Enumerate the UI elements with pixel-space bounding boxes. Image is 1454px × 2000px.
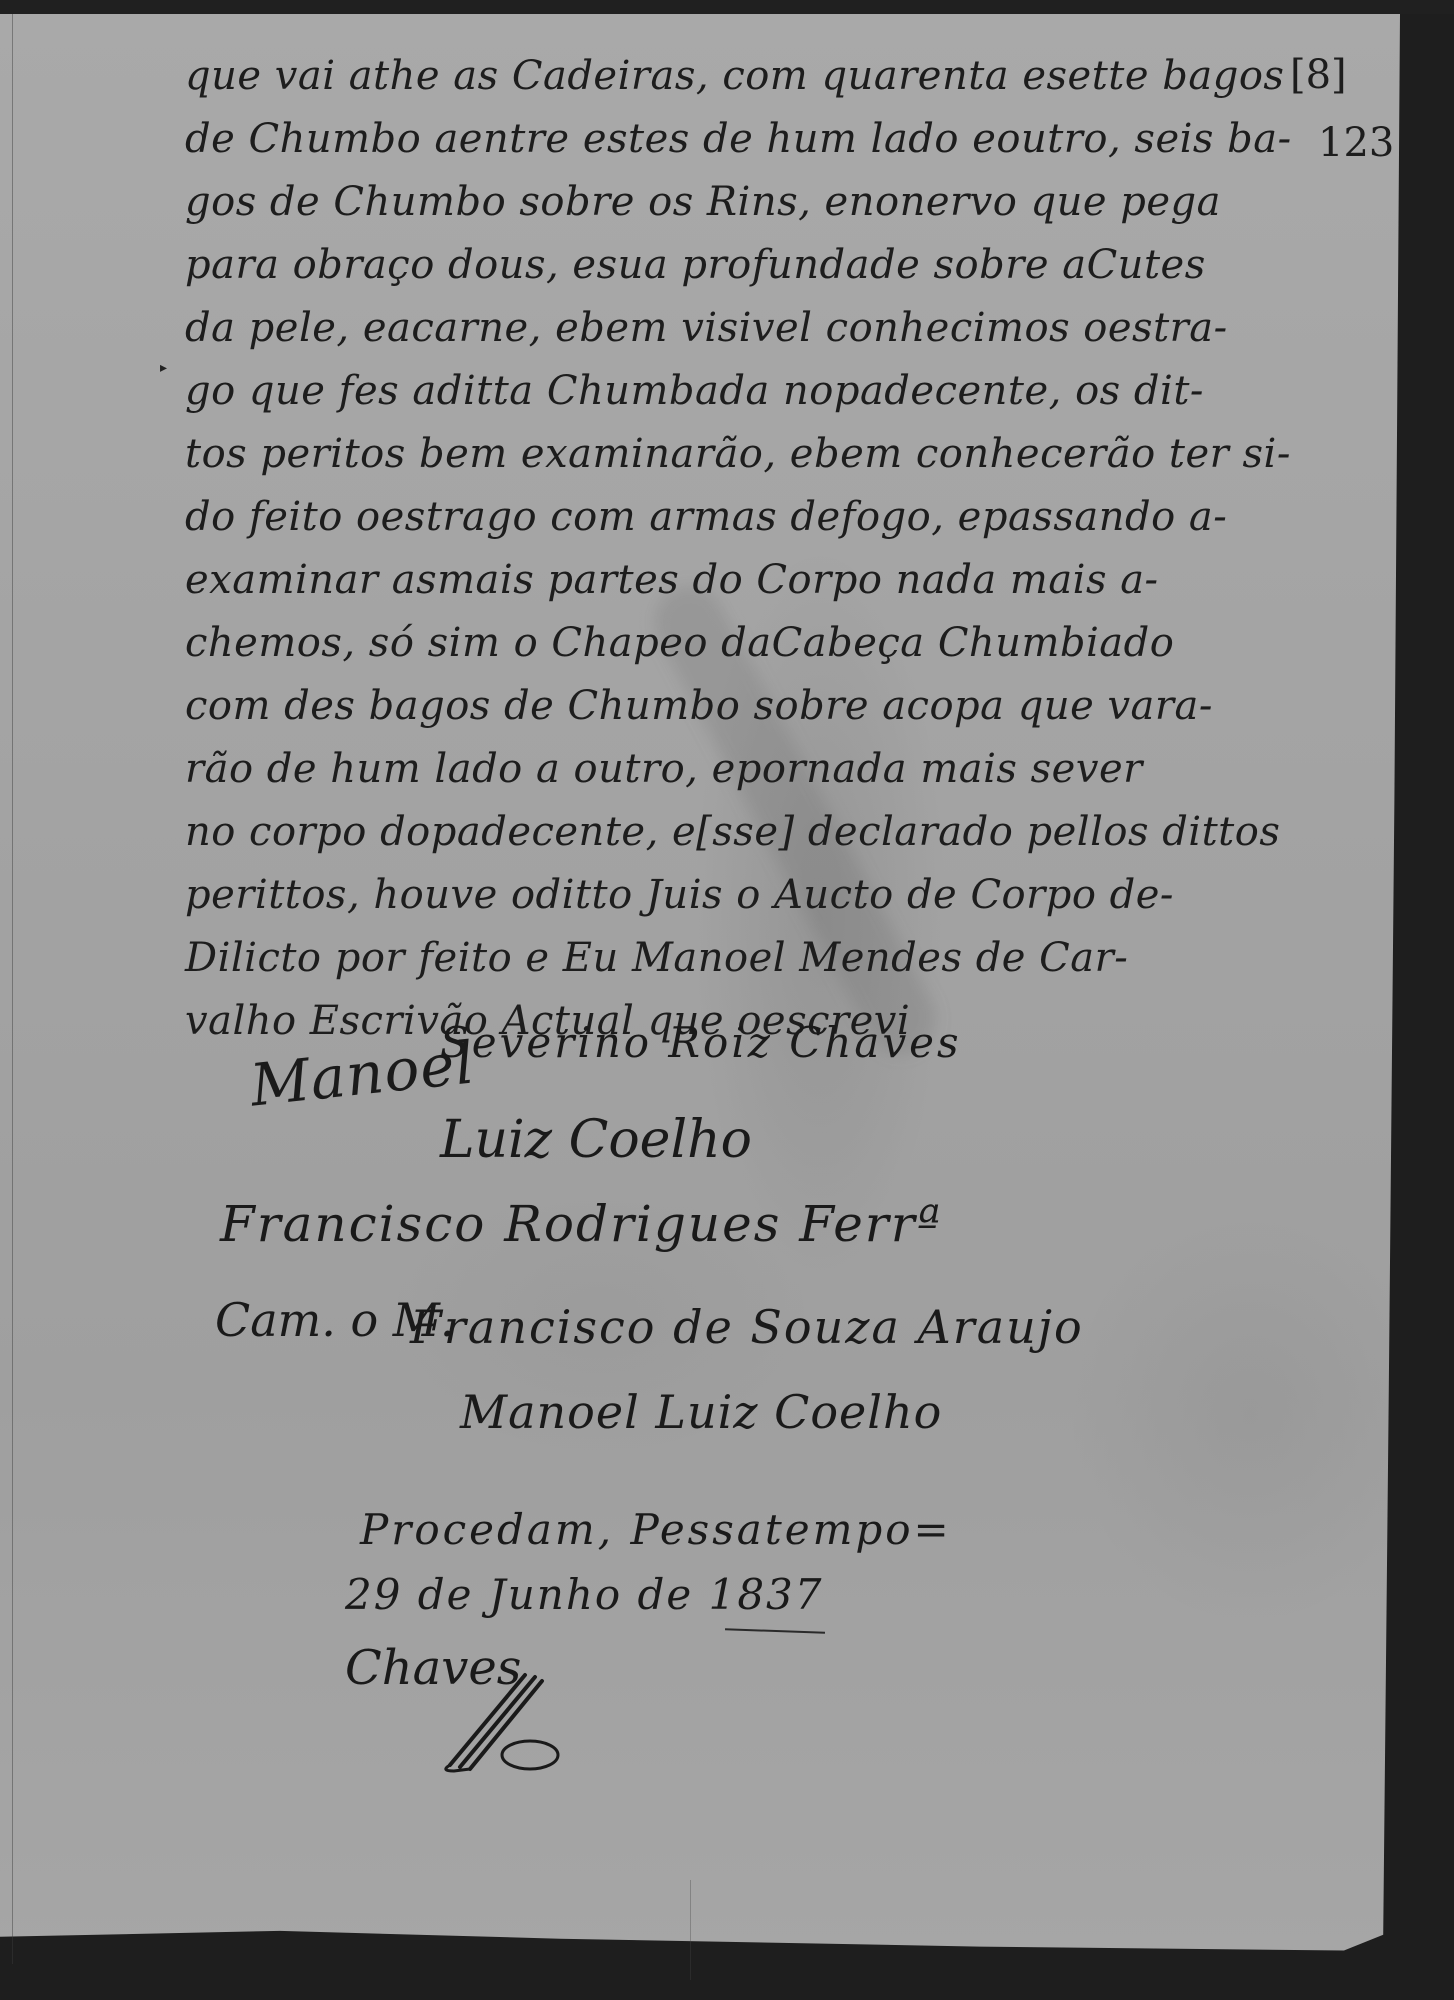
body-line: perittos, houve oditto Juis o Aucto de C… bbox=[185, 864, 1265, 927]
scan-top-border bbox=[0, 0, 1454, 14]
body-line: que vai athe as Cadeiras, com quarenta e… bbox=[185, 45, 1265, 108]
folio-number: 123 bbox=[1318, 120, 1394, 166]
margin-mark-icon: ▸ bbox=[160, 360, 167, 377]
body-line: de Chumbo aentre estes de hum lado eoutr… bbox=[185, 108, 1265, 171]
signature-francisco-rodrigues: Francisco Rodrigues Ferrª bbox=[220, 1195, 942, 1253]
body-line: rão de hum lado a outro, epornada mais s… bbox=[185, 738, 1265, 801]
signature-severino: Severino Roiz Chaves bbox=[440, 1018, 962, 1067]
body-line: para obraço dous, esua profundade sobre … bbox=[185, 234, 1265, 297]
body-line: go que fes aditta Chumbada nopadecente, … bbox=[185, 360, 1265, 423]
body-line: tos peritos bem examinarão, ebem conhece… bbox=[185, 423, 1265, 486]
body-line: do feito oestrago com armas defogo, epas… bbox=[185, 486, 1265, 549]
body-line: Dilicto por feito e Eu Manoel Mendes de … bbox=[185, 927, 1265, 990]
folio-number-bracketed: [8] bbox=[1290, 52, 1347, 98]
body-line: com des bagos de Chumbo sobre acopa que … bbox=[185, 675, 1265, 738]
signature-francisco-souza: Francisco de Souza Araujo bbox=[410, 1300, 1084, 1354]
page-left-edge bbox=[12, 14, 13, 1964]
fold-line bbox=[690, 1880, 691, 1980]
closing-note-date: 29 de Junho de 1837 bbox=[345, 1570, 824, 1619]
body-line: chemos, só sim o Chapeo daCabeça Chumbia… bbox=[185, 612, 1265, 675]
closing-note-line-1: Procedam, Pessatempo= bbox=[360, 1505, 952, 1554]
document-scan: [8] 123 ▸ que vai athe as Cadeiras, com … bbox=[0, 0, 1454, 2000]
manuscript-body: que vai athe as Cadeiras, com quarenta e… bbox=[185, 45, 1265, 1053]
body-line: gos de Chumbo sobre os Rins, enonervo qu… bbox=[185, 171, 1265, 234]
signature-manoel-coelho: Manoel Luiz Coelho bbox=[460, 1385, 942, 1439]
body-line: da pele, eacarne, ebem visivel conhecimo… bbox=[185, 297, 1265, 360]
signature-flourish-icon bbox=[430, 1665, 560, 1775]
body-line: examinar asmais partes do Corpo nada mai… bbox=[185, 549, 1265, 612]
signature-manoel-surname: Luiz Coelho bbox=[440, 1110, 752, 1170]
body-line: no corpo dopadecente, e[sse] declarado p… bbox=[185, 801, 1265, 864]
